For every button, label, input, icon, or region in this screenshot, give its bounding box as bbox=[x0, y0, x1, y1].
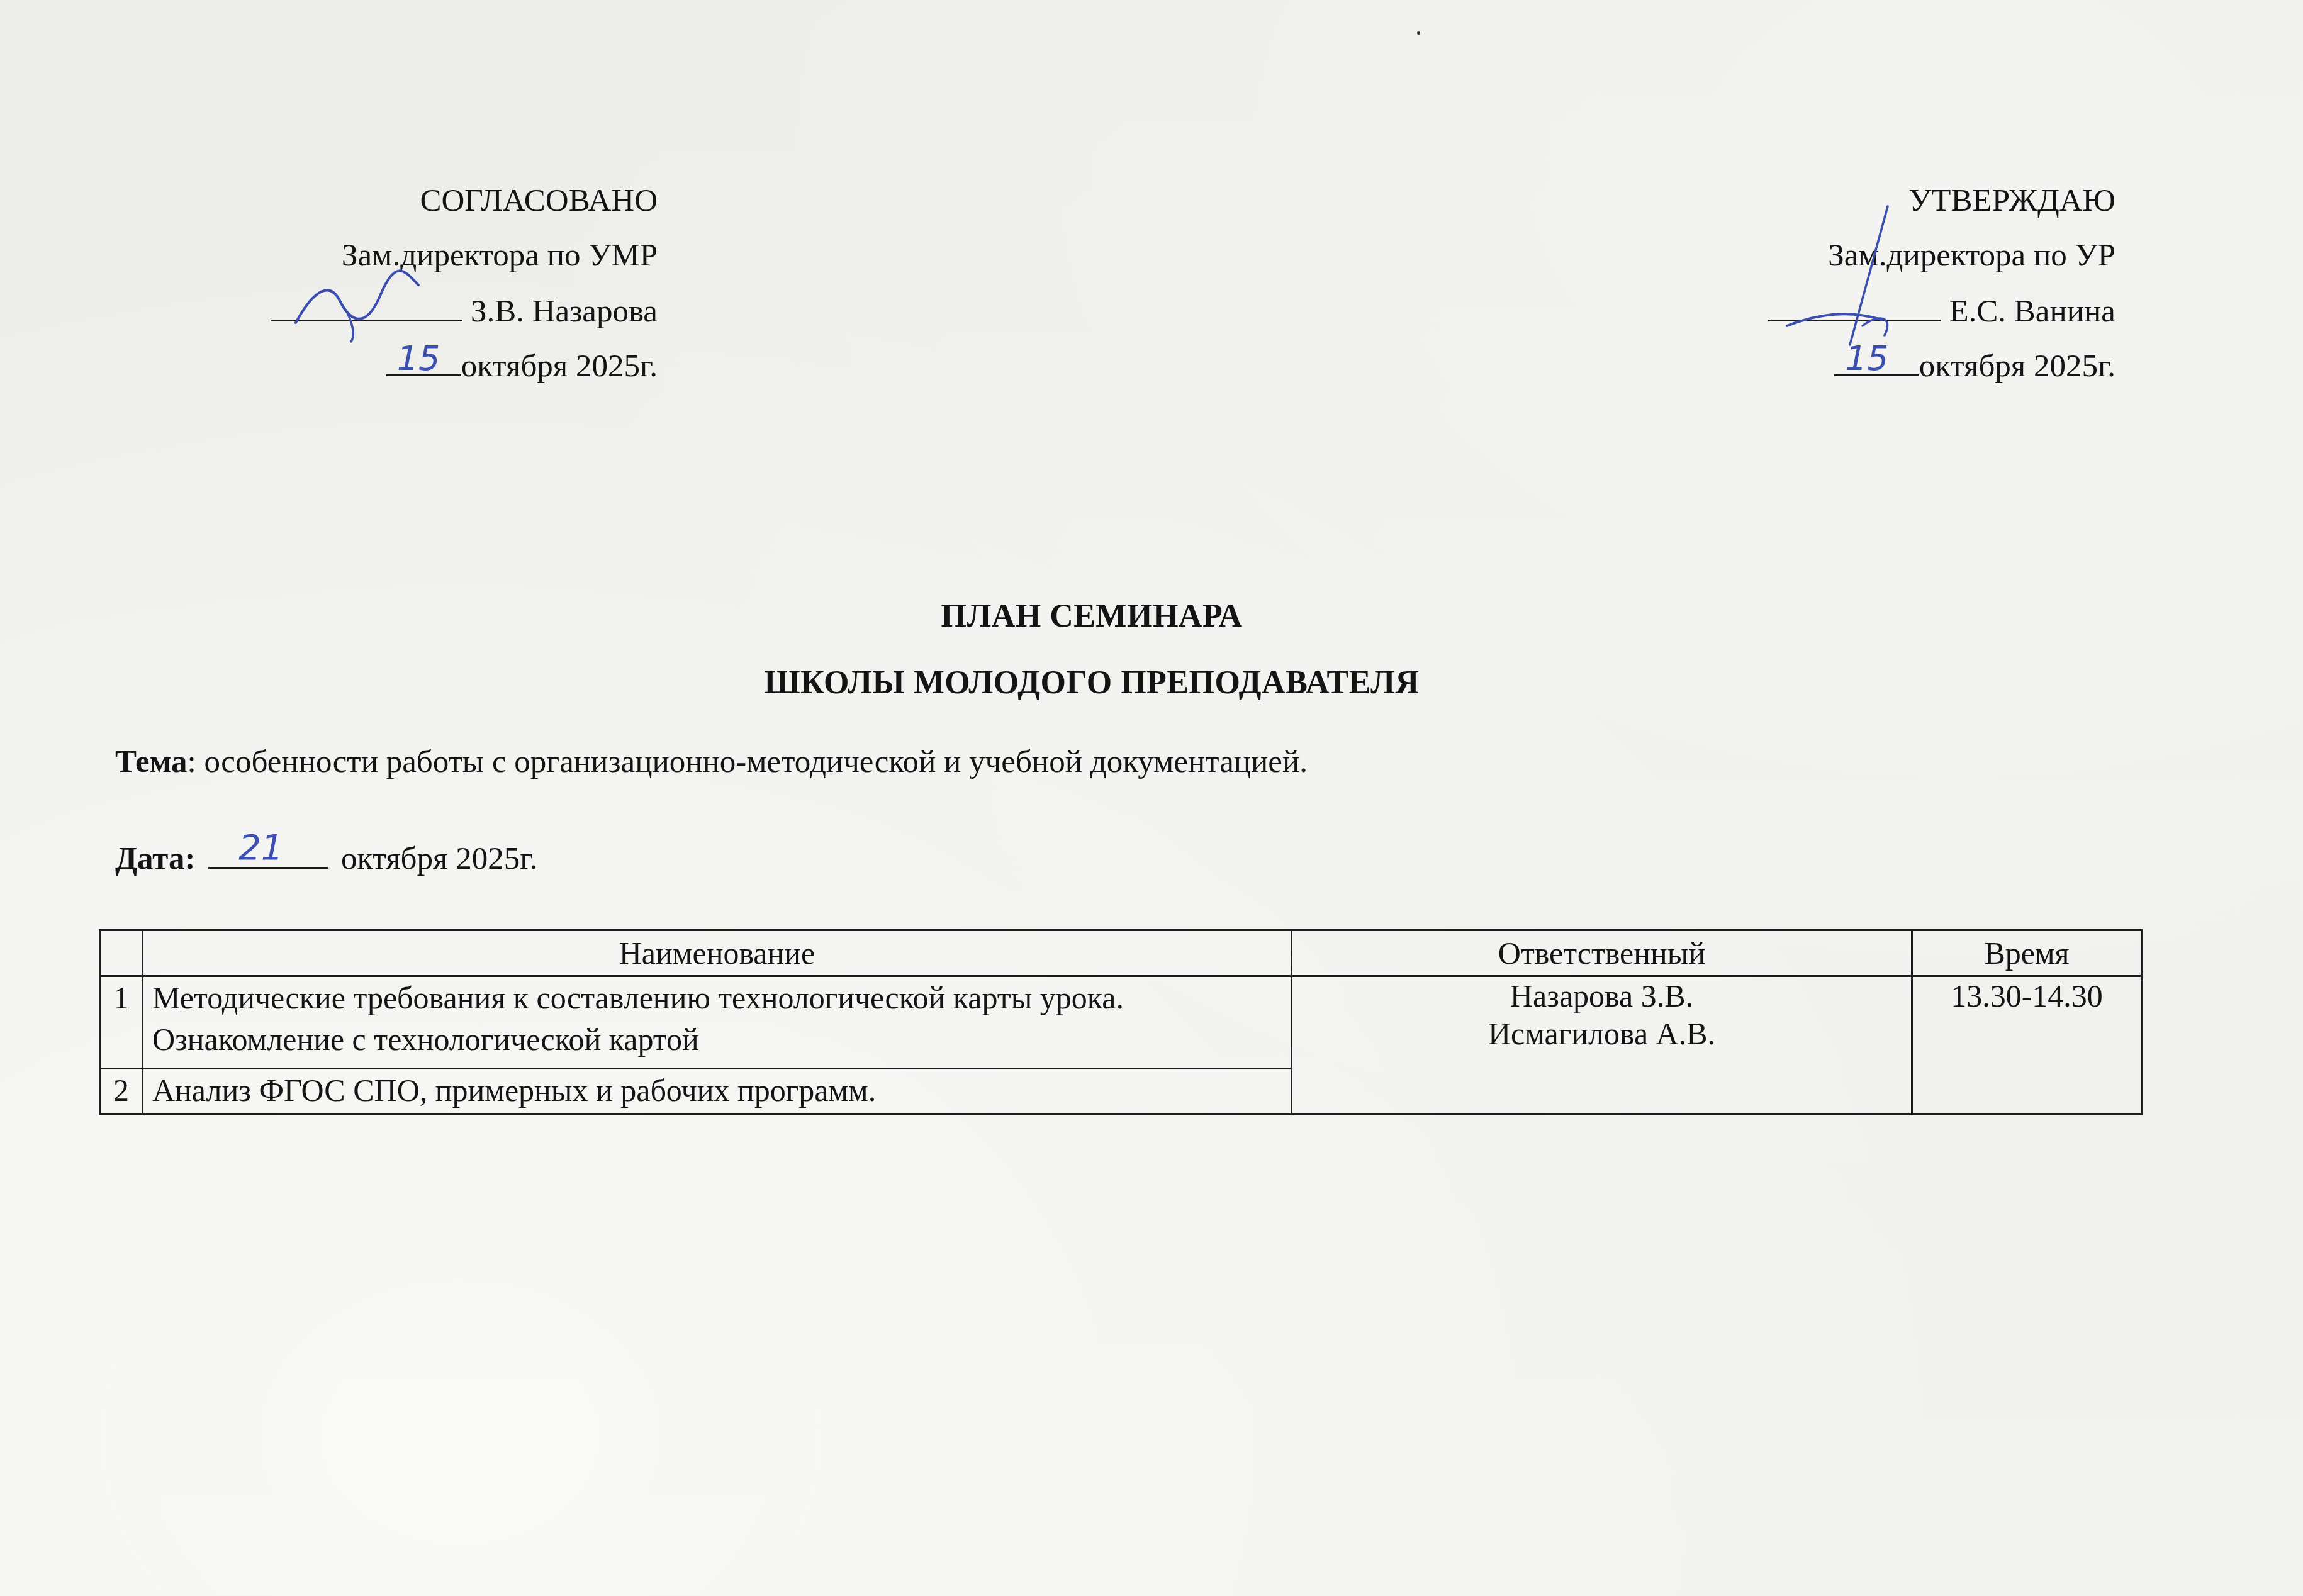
table-row: 1 Методические требования к составлению … bbox=[100, 976, 2142, 1069]
row-time: 13.30-14.30 bbox=[1912, 976, 2142, 1115]
paper-speck bbox=[1417, 31, 1420, 35]
topic-label: Тема bbox=[115, 744, 188, 779]
responsible-person: Исмагилова А.В. bbox=[1301, 1015, 1902, 1052]
date-day-field: 21 bbox=[208, 839, 328, 869]
header-number bbox=[100, 930, 143, 976]
approval-month-year: октября 2025г. bbox=[461, 349, 658, 384]
header-responsible: Ответственный bbox=[1292, 930, 1912, 976]
approval-month-year: октября 2025г. bbox=[1919, 349, 2115, 384]
approval-heading: СОГЛАСОВАНО bbox=[271, 182, 658, 237]
approval-block-approve: УТВЕРЖДАЮ Зам.директора по УР Е.С. Ванин… bbox=[1768, 182, 2115, 401]
signatory-name: З.В. Назарова bbox=[471, 294, 658, 329]
date-label: Дата: bbox=[115, 841, 195, 876]
date-line: Дата: 21 октября 2025г. bbox=[115, 839, 537, 875]
approval-position: Зам.директора по УР bbox=[1768, 237, 2115, 292]
date-month-year: октября 2025г. bbox=[341, 841, 537, 876]
signatory-name: Е.С. Ванина bbox=[1949, 294, 2115, 329]
day-field: 15 bbox=[1834, 347, 1919, 376]
approval-signature-line: Е.С. Ванина bbox=[1768, 292, 2115, 347]
topic-line: Тема: особенности работы с организационн… bbox=[115, 746, 1308, 778]
day-field: 15 bbox=[386, 347, 461, 376]
signature-field bbox=[271, 292, 462, 321]
topic-text: : особенности работы с организационно-ме… bbox=[188, 744, 1308, 779]
row-number: 2 bbox=[100, 1069, 143, 1115]
header-time: Время bbox=[1912, 930, 2142, 976]
row-name: Методические требования к составлению те… bbox=[143, 976, 1292, 1069]
table-header-row: Наименование Ответственный Время bbox=[100, 930, 2142, 976]
row-responsible: Назарова З.В. Исмагилова А.В. bbox=[1292, 976, 1912, 1115]
responsible-person: Назарова З.В. bbox=[1301, 977, 1902, 1015]
header-name: Наименование bbox=[143, 930, 1292, 976]
row-number: 1 bbox=[100, 976, 143, 1069]
approval-heading: УТВЕРЖДАЮ bbox=[1768, 182, 2115, 237]
approval-date-line: 15 октября 2025г. bbox=[271, 347, 658, 401]
approval-block-agreed: СОГЛАСОВАНО Зам.директора по УМР З.В. На… bbox=[271, 182, 658, 401]
approval-signature-line: З.В. Назарова bbox=[271, 292, 658, 347]
handwritten-day: 15 bbox=[1846, 338, 1889, 378]
handwritten-day: 15 bbox=[397, 338, 440, 378]
seminar-plan-table: Наименование Ответственный Время 1 Метод… bbox=[99, 929, 2143, 1115]
handwritten-date-day: 21 bbox=[238, 830, 283, 866]
document-subtitle: ШКОЛЫ МОЛОДОГО ПРЕПОДАВАТЕЛЯ bbox=[0, 664, 2183, 701]
row-name: Анализ ФГОС СПО, примерных и рабочих про… bbox=[143, 1069, 1292, 1115]
document-title: ПЛАН СЕМИНАРА bbox=[0, 598, 2183, 635]
signature-field bbox=[1768, 292, 1941, 321]
approval-position: Зам.директора по УМР bbox=[271, 237, 658, 292]
approval-date-line: 15 октября 2025г. bbox=[1768, 347, 2115, 401]
